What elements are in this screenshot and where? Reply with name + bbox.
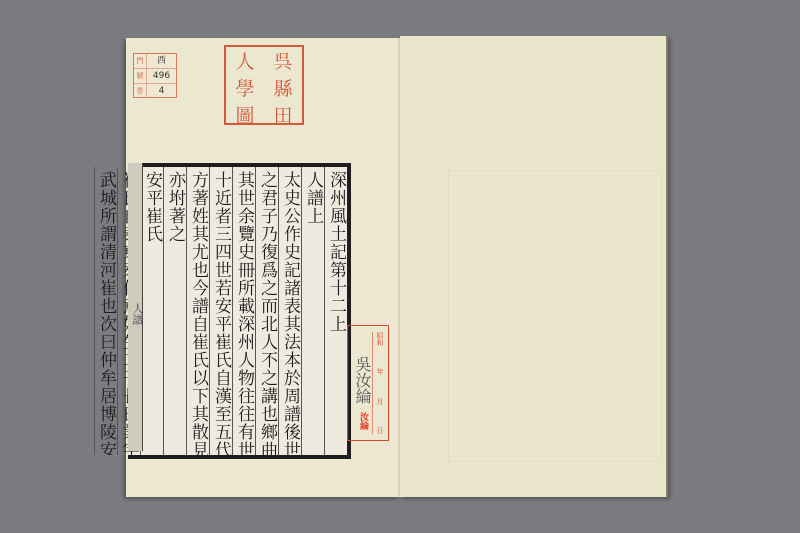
text-column: 其世余覽史冊所載深州人物往往有世家可譜遺者數: [232, 167, 255, 455]
label-key: 門: [134, 54, 147, 68]
call-number-label: 門西 號496 巻4: [133, 53, 177, 98]
text-column: 深州風土記第十二上: [324, 167, 347, 455]
book-gutter: [398, 38, 400, 496]
text-column: 亦坿著之: [163, 167, 186, 455]
right-page: [400, 36, 668, 497]
edge-label: 人譜: [129, 303, 145, 325]
label-value: 496: [147, 69, 176, 83]
text-column: 人譜上: [301, 167, 324, 455]
show-through-frame: [448, 170, 662, 462]
text-column: 太史公作史記諸表其法本於周譜後世譜牒之學廢朱: [278, 167, 301, 455]
label-value: 西: [147, 54, 176, 68]
seal-char: 田: [274, 101, 293, 128]
handwritten-name: 吳汝綸: [351, 356, 374, 404]
fold-edge-strip: 人譜: [128, 163, 143, 451]
text-column: 武城所謂清河崔也次曰仲牟居博陵安平仲牟子融融: [94, 167, 117, 455]
small-red-seal: 汝綸: [357, 412, 370, 430]
text-column: 之君子乃復爲之而北人不之講也鄉曲之士罕能自言: [255, 167, 278, 455]
seal-char: 圖: [236, 101, 255, 128]
printed-text-block: 深州風土記第十二上 人譜上 太史公作史記諸表其法本於周譜後世譜牒之學廢朱 之君子…: [128, 163, 351, 459]
label-value: 4: [147, 84, 176, 98]
seal-char: 縣: [274, 74, 293, 101]
stamp-text: 月: [373, 398, 385, 405]
label-key: 巻: [134, 84, 147, 98]
stamp-text: 日: [373, 427, 385, 434]
text-column: 十近者三四世若安平崔氏自漢至五代千有餘年爲北: [209, 167, 232, 455]
collector-seal: 呉 縣 田 人 學 圖: [224, 45, 304, 125]
text-column: 方著姓其尤也今譜自崔氏以下其散見遺逸不可譜者: [186, 167, 209, 455]
stamp-text: 昭和: [373, 332, 385, 346]
seal-char: 學: [236, 74, 255, 101]
stamp-text: 年: [373, 368, 385, 375]
seal-char: 呉: [274, 47, 293, 74]
seal-char: 人: [236, 47, 255, 74]
label-key: 號: [134, 69, 147, 83]
